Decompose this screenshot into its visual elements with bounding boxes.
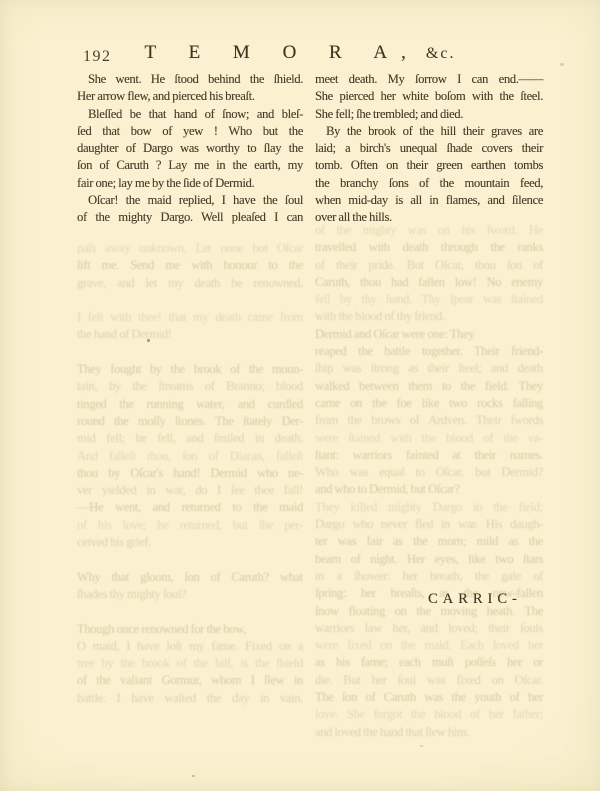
- text-line: of their pride. But Oſcar, thou ſon of: [315, 257, 543, 274]
- text-column-left: She went. He ſtood behind the ſhield.Her…: [77, 71, 303, 227]
- text-line: of the mighty Dargo. Well pleaſed I can: [77, 209, 303, 226]
- text-line: round the moſſy ſtones. The ſtately Der-: [77, 413, 303, 430]
- text-line: [77, 344, 303, 361]
- text-line: O maid, I have loſt my fame. Fixed on a: [77, 638, 303, 655]
- text-line: tree by the brook of the hill, is the ſh…: [77, 655, 303, 672]
- catchword: CARRIC-: [428, 591, 522, 608]
- text-line: of the valiant Gormur, whom I ſlew in: [77, 672, 303, 689]
- text-line: ſon of Caruth ? Lay me in the earth, my: [77, 157, 303, 174]
- scanned-book-page: 192 T E M O R A, &c. She went. He ſtood …: [0, 0, 600, 791]
- text-line: By the brook of the hill their graves ar…: [315, 123, 543, 140]
- text-line: [77, 603, 303, 620]
- text-line: tomb. Often on their green earthen tombs: [315, 157, 543, 174]
- text-line: mid fell; he fell, and ſmiled in death.: [77, 430, 303, 447]
- text-line: and loved the hand that ſlew him.: [315, 724, 543, 741]
- ink-speck: [147, 339, 150, 342]
- text-line: The ſon of Caruth was the youth of her: [315, 689, 543, 706]
- text-line: the hand of Dermid!: [77, 326, 303, 343]
- text-line: They fought by the brook of the moun-: [77, 361, 303, 378]
- text-line: die. But her ſoul was fixed on Oſcar.: [315, 672, 543, 689]
- text-line: in a ſhower: her breath, the gale of: [315, 568, 543, 585]
- text-line: paſs away unknown. Let none but Oſcar: [77, 240, 303, 257]
- text-line: over all the hills.: [315, 209, 543, 226]
- text-line: Why that gloom, ſon of Caruth? what: [77, 569, 303, 586]
- text-line: Oſcar! the maid replied, I have the ſoul: [77, 192, 303, 209]
- ink-speck: [192, 775, 195, 777]
- text-line: She went. He ſtood behind the ſhield.: [77, 71, 303, 88]
- text-line: warriors ſaw her, and loved; their ſouls: [315, 620, 543, 637]
- text-line: ſhip was ſtrong as their ſteel; and deat…: [315, 360, 543, 377]
- bleedthrough-text-left: paſs away unknown. Let none but Oſcarlif…: [77, 240, 303, 707]
- text-line: were fixed on the maid. Each loved her: [315, 637, 543, 654]
- running-title: T E M O R A, &c.: [145, 42, 456, 64]
- ink-speck: [420, 745, 423, 747]
- text-line: walked between them to the field. They: [315, 378, 543, 395]
- text-line: fell by thy hand. Thy ſpear was ſtained: [315, 291, 543, 308]
- text-line: ſed that bow of yew ! Who but the: [77, 123, 303, 140]
- text-line: fair one; lay me by the ſide of Dermid.: [77, 175, 303, 192]
- text-line: Though once renowned for the bow,: [77, 621, 303, 638]
- text-line: I fell with thee! that my death came fro…: [77, 309, 303, 326]
- text-line: She fell; ſhe trembled; and died.: [315, 106, 543, 123]
- text-line: She pierced her white boſom with the ſte…: [315, 88, 543, 105]
- text-line: when mid-day is all in flames, and ſilen…: [315, 192, 543, 209]
- text-line: tinged the running water, and curdled: [77, 396, 303, 413]
- text-line: travelled with death through the ranks: [315, 239, 543, 256]
- text-line: laid; a birch's unequal ſhade covers the…: [315, 140, 543, 157]
- text-line: ſhades thy mighty ſoul?: [77, 586, 303, 603]
- text-line: ceived his grief.: [77, 534, 303, 551]
- text-line: as his fame; each muſt poſſeſs her or: [315, 654, 543, 671]
- text-line: Caruth, thou had fallen low! No enemy: [315, 274, 543, 291]
- text-line: ver yielded in war, do I ſee thee fall!: [77, 482, 303, 499]
- text-line: Bleſſed be that hand of ſnow; and bleſ-: [77, 106, 303, 123]
- text-line: tain, by the ſtreams of Branno; blood: [77, 378, 303, 395]
- text-line: —He went, and returned to the maid: [77, 499, 303, 516]
- text-line: reaped the battle together. Their friend…: [315, 343, 543, 360]
- text-line: came on the foe like two rocks falling: [315, 395, 543, 412]
- text-line: liant: warriors fainted at their names.: [315, 447, 543, 464]
- ink-speck: [560, 63, 564, 66]
- text-line: battle. I have waſted the day in vain.: [77, 690, 303, 707]
- text-line: ter was fair as the morn; mild as the: [315, 533, 543, 550]
- page-number: 192: [83, 48, 112, 66]
- text-line: of his love; he returned, but ſhe per-: [77, 517, 303, 534]
- text-line: Her arrow flew, and pierced his breaſt.: [77, 88, 303, 105]
- text-line: from the brows of Ardven. Their ſwords: [315, 412, 543, 429]
- text-line: lift me. Send me with honour to the: [77, 257, 303, 274]
- text-line: Dermid and Oſcar were one: They: [315, 326, 543, 343]
- text-line: daughter of Dargo was worthy to ſlay the: [77, 140, 303, 157]
- text-line: thou by Oſcar's hand! Dermid who ne-: [77, 465, 303, 482]
- text-line: [77, 292, 303, 309]
- running-title-suffix: &c.: [426, 45, 456, 62]
- text-line: with the blood of thy friend.: [315, 308, 543, 325]
- text-line: [77, 551, 303, 568]
- text-column-right: meet death. My ſorrow I can end.——She pi…: [315, 71, 543, 227]
- text-line: the branchy ſons of the mountain feed,: [315, 175, 543, 192]
- text-line: And falleſt thou, ſon of Diaran, falleſt: [77, 448, 303, 465]
- text-line: and who to Dermid, but Oſcar?: [315, 481, 543, 498]
- text-line: grave, and let my death be renowned.: [77, 275, 303, 292]
- bleedthrough-text-right: of the mighty was on his ſword. Hetravel…: [315, 222, 543, 741]
- text-line: meet death. My ſorrow I can end.——: [315, 71, 543, 88]
- text-line: love. She forgot the blood of her father…: [315, 706, 543, 723]
- text-line: They killed mighty Dargo in the field;: [315, 499, 543, 516]
- text-line: Dargo who never fled in war. His daugh-: [315, 516, 543, 533]
- running-title-main: T E M O R A,: [145, 42, 420, 63]
- text-line: beam of night. Her eyes, like two ſtars: [315, 551, 543, 568]
- text-line: were ſtained with the blood of the va-: [315, 430, 543, 447]
- text-line: Who was equal to Oſcar, but Dermid?: [315, 464, 543, 481]
